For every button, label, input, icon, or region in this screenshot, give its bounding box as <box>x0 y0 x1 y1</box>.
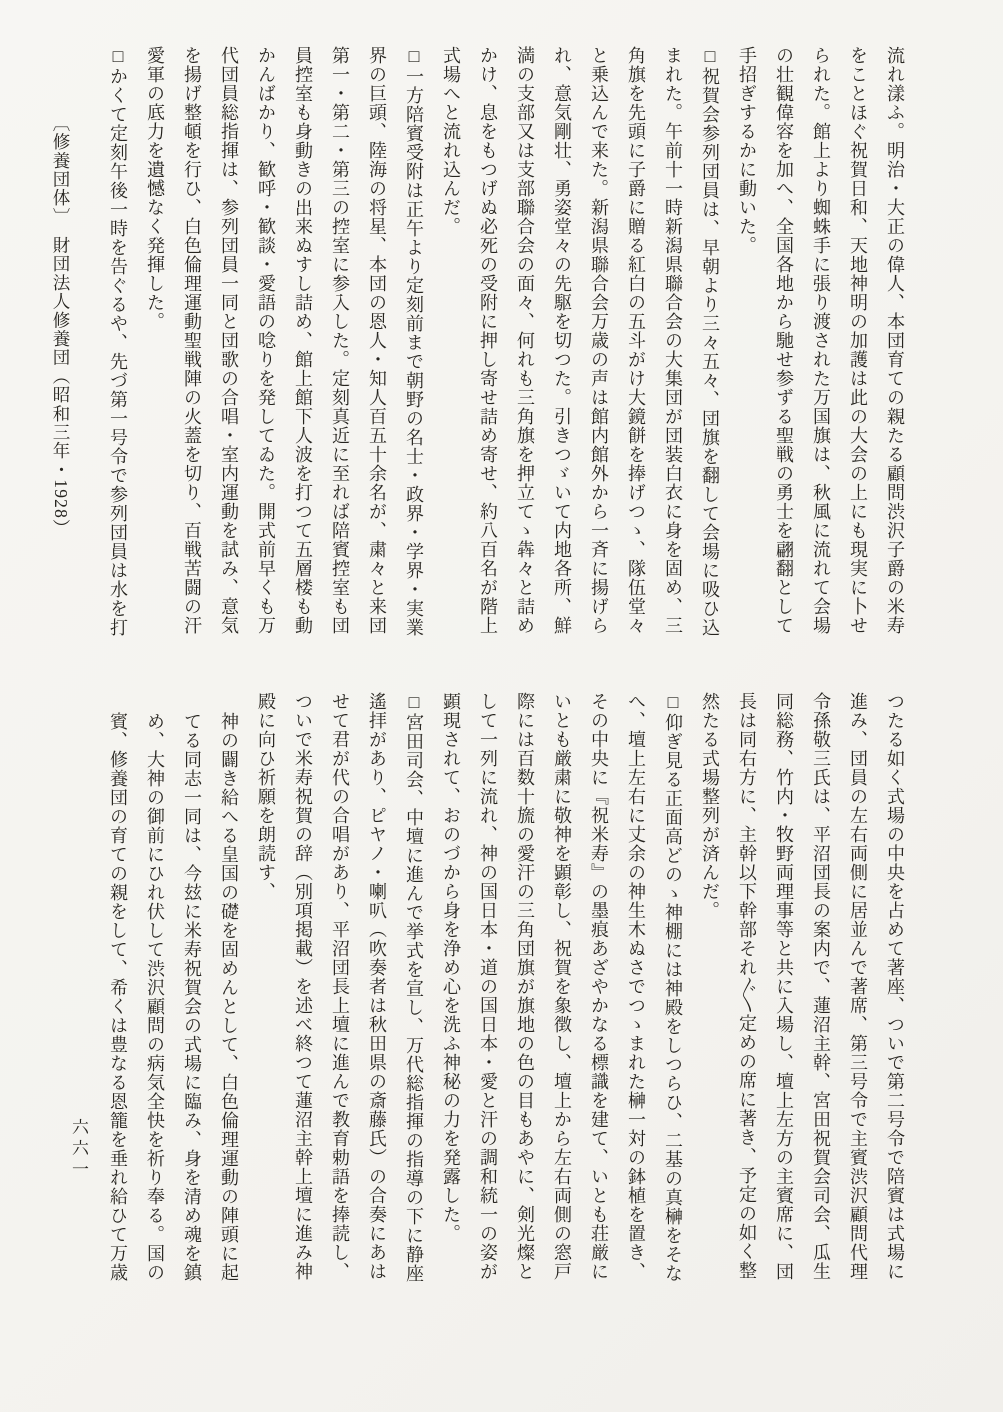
text-column: せて君が代の合唱があり、平沼団長上壇に進んで教育勅語を捧読し、 <box>321 692 358 1281</box>
text-column: 然たる式場整列が済んだ。 <box>691 692 728 920</box>
prayer-column: 神の闢き給へる皇国の礎を固めんとして、白色倫理運動の陣頭に起 <box>210 692 247 1282</box>
text-column: その中央に『祝米寿』の墨痕あざやかなる標識を建て、いとも荘厳に <box>580 692 617 1281</box>
text-column: 遙拝があり、ピヤノ・喇叭（吹奏者は秋田県の斎藤氏）の合奏にあは <box>358 692 395 1281</box>
text-column: 際には百数十旒の愛汗の三角団旗が旗地の色の目もあやに、剣光燦と <box>506 692 543 1281</box>
text-column: 界の巨頭、陸海の将星、本団の恩人・知人百五十余名が、粛々と来団 <box>358 46 395 635</box>
scanned-book-page: 流れ漾ふ。明治・大正の偉人、本団育ての親たる顧問渋沢子爵の米寿 をことほぐ祝賀日… <box>0 0 1003 1412</box>
text-column: いとも厳粛に敬神を顕彰し、祝賀を象徴し、壇上から左右両側の窓戸 <box>543 692 580 1281</box>
text-column: □宮田司会、中壇に進んで挙式を宣し、万代総指揮の指導の下に静座 <box>395 692 432 1283</box>
text-column: 手招ぎするかに動いた。 <box>728 46 765 255</box>
prayer-column: てる同志一同は、今玆に米寿祝賀会の式場に臨み、身を清め魂を鎮 <box>173 692 210 1282</box>
text-column: 顕現されて、おのづから身を浄め心を洗ふ神秘の力を発露した。 <box>432 692 469 1243</box>
text-column: 令孫敬三氏は、平沼団長の案内で、蓮沼主幹、宮田祝賀会司会、瓜生 <box>802 692 839 1281</box>
source-citation: 〔修養団体〕 財団法人修養団（昭和三年・1928） <box>46 114 76 538</box>
text-column: 式場へと流れ込んだ。 <box>432 46 469 236</box>
text-column: と乗込んで来た。新潟県聯合会万歳の声は館内館外から一斉に揚げら <box>580 46 617 635</box>
text-column: □仰ぎ見る正面高どのゝ神棚には神殿をしつらひ、二基の真榊をそな <box>654 692 691 1283</box>
text-column: の壮観偉容を加へ、全国各地から馳せ参ずる聖戦の勇士を翩翻として <box>765 46 802 635</box>
prayer-column: 賓、修養団の育ての親をして、希くは豊なる恩籠を垂れ給ひて万歳 <box>99 692 136 1282</box>
text-column: □祝賀会参列団員は、早朝より三々五々、団旗を翻して会場に吸ひ込 <box>691 46 728 637</box>
text-column: 進み、団員の左右両側に居並んで著席、第三号令で主賓渋沢顧問代理 <box>839 692 876 1281</box>
text-column: つたる如く式場の中央を占めて著座、ついで第二号令で陪賓は式場に <box>876 692 913 1281</box>
text-column: られた。館上より蜘蛛手に張り渡された万国旗は、秋風に流れて会場 <box>802 46 839 635</box>
text-column: かんばかり、歓呼・歓談・愛語の唸りを発してゐた。開式前早くも万 <box>247 46 284 635</box>
text-column: 愛軍の底力を遺憾なく発揮した。 <box>136 46 173 331</box>
text-column: 員控室も身動きの出来ぬすし詰め、館上館下人波を打つて五層楼も動 <box>284 46 321 635</box>
text-column: を揚げ整頓を行ひ、白色倫理運動聖戦陣の火蓋を切り、百戦苦闘の汗 <box>173 46 210 635</box>
bottom-text-band: つたる如く式場の中央を占めて著座、ついで第二号令で陪賓は式場に 進み、団員の左右… <box>99 692 913 1312</box>
top-text-band: 流れ漾ふ。明治・大正の偉人、本団育ての親たる顧問渋沢子爵の米寿 をことほぐ祝賀日… <box>99 46 913 666</box>
text-column: □一方陪賓受附は正午より定刻前まで朝野の名士・政界・学界・実業 <box>395 46 432 637</box>
text-column: 同総務、竹内・牧野両理事等と共に入場し、壇上左方の主賓席に、団 <box>765 692 802 1281</box>
text-column: ついで米寿祝賀の辞（別項掲載）を述べ終つて蓮沼主幹上壇に進み神 <box>284 692 321 1281</box>
prayer-column: め、大神の御前にひれ伏して渋沢顧問の病気全快を祈り奉る。国の <box>136 692 173 1282</box>
text-column: をことほぐ祝賀日和、天地神明の加護は此の大会の上にも現実に卜せ <box>839 46 876 635</box>
text-column: 第一・第二・第三の控室に参入した。定刻真近に至れば陪賓控室も団 <box>321 46 358 635</box>
text-column: して一列に流れ、神の国日本・道の国日本・愛と汗の調和統一の姿が <box>469 692 506 1281</box>
text-column: れ、意気剛壮、勇姿堂々の先駆を切つた。引きつゞいて内地各所、鮮 <box>543 46 580 635</box>
text-column: 角旗を先頭に子爵に贈る紅白の五斗がけ大鏡餅を捧げつゝ、隊伍堂々 <box>617 46 654 635</box>
text-column: 長は同右方に、主幹以下幹部それ〴〵定めの席に著き、予定の如く整 <box>728 692 765 1280</box>
text-column: 殿に向ひ祈願を朗読す、 <box>247 692 284 901</box>
text-column: 流れ漾ふ。明治・大正の偉人、本団育ての親たる顧問渋沢子爵の米寿 <box>876 46 913 635</box>
page-number: 六六一 <box>66 1118 90 1181</box>
text-column: へ、壇上左右に丈余の神生木ぬさでつゝまれた榊一対の鉢植を置き、 <box>617 692 654 1281</box>
text-column: □かくて定刻午後一時を告ぐるや、先づ第一号令で参列団員は水を打 <box>99 46 136 637</box>
text-column: かけ、息をもつげぬ必死の受附に押し寄せ詰め寄せ、約八百名が階上 <box>469 46 506 635</box>
text-column: まれた。午前十一時新潟県聯合会の大集団が団装白衣に身を固め、三 <box>654 46 691 635</box>
text-column: 満の支部又は支部聯合会の面々、何れも三角旗を押立てゝ犇々と詰め <box>506 46 543 635</box>
text-column: 代団員総指揮は、参列団員一同と団歌の合唱・室内運動を試み、意気 <box>210 46 247 635</box>
